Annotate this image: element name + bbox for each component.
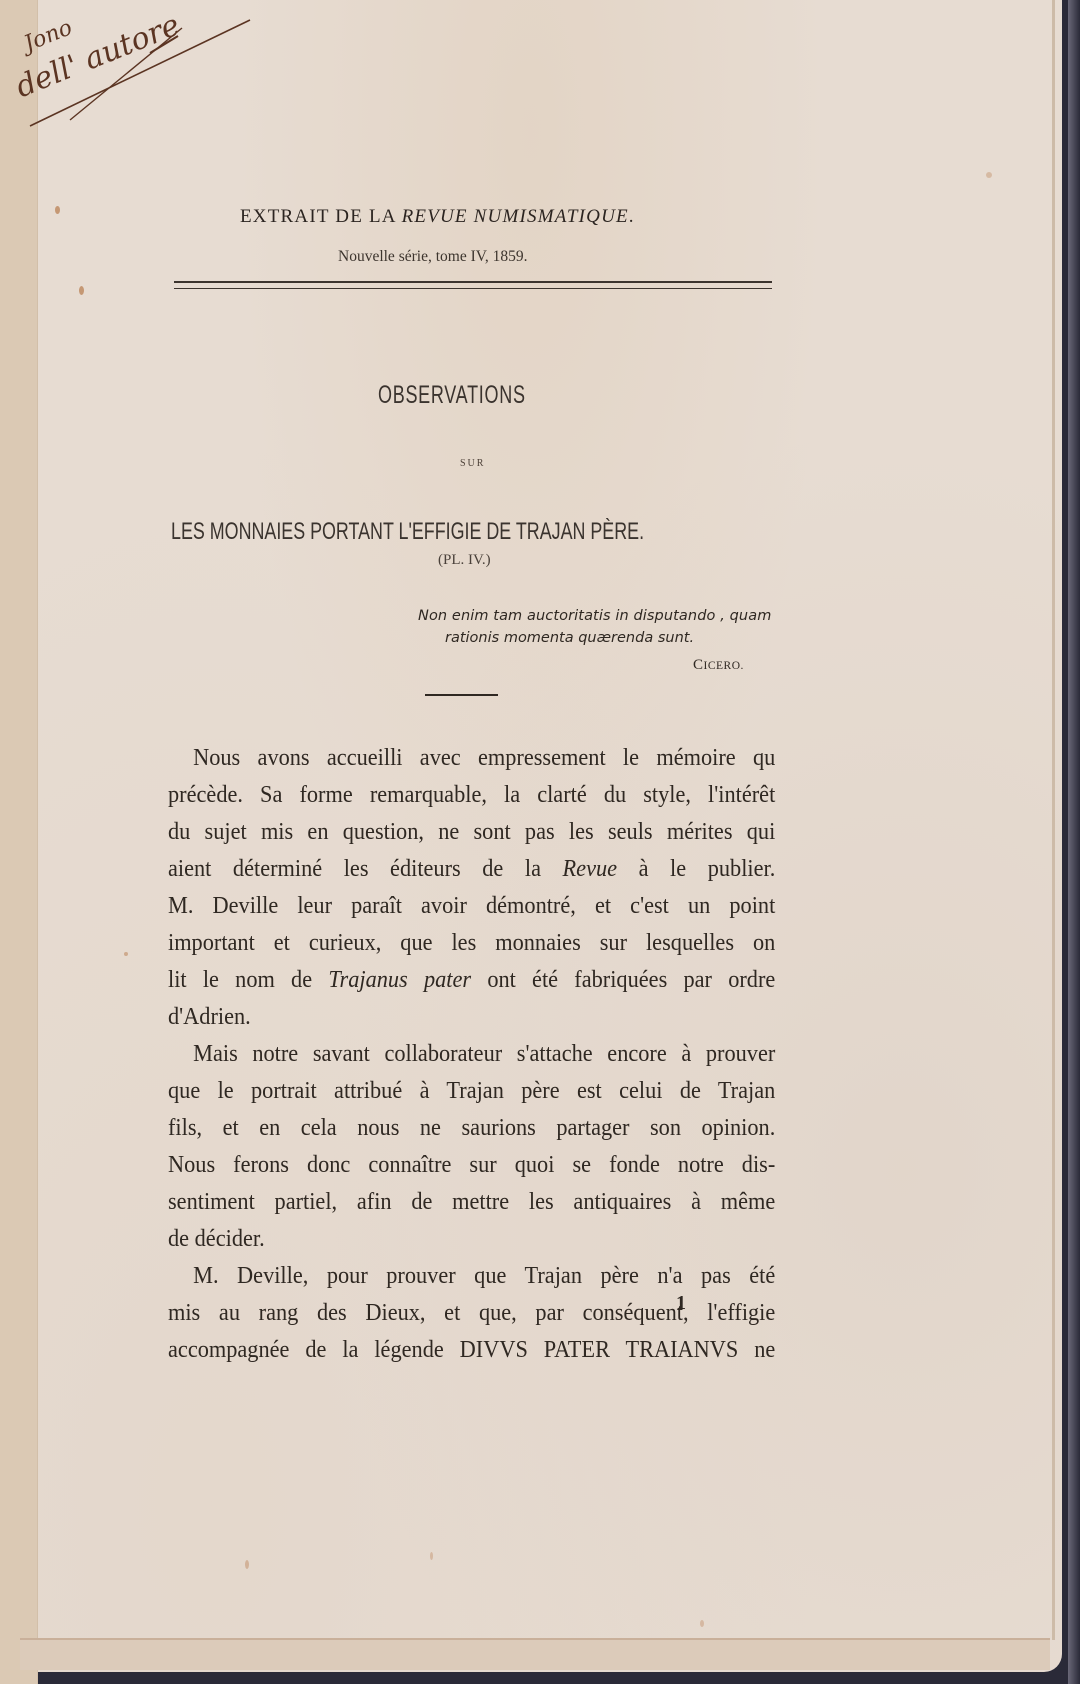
foxing-spot bbox=[430, 1552, 433, 1560]
body-line: M. Deville leur paraît avoir démontré, e… bbox=[168, 888, 775, 925]
handwritten-annotation: Jono dell' autore bbox=[10, 8, 270, 128]
page-edge-strip bbox=[0, 0, 38, 1684]
body-line: lit le nom de Trajanus pater ont été fab… bbox=[168, 962, 775, 999]
body-line: Mais notre savant collaborateur s'attach… bbox=[168, 1036, 775, 1073]
body-line: d'Adrien. bbox=[168, 999, 775, 1036]
plate-reference: (PL. IV.) bbox=[438, 552, 491, 569]
header-double-rule bbox=[174, 281, 772, 289]
author-rest: ICERO. bbox=[704, 660, 744, 672]
section-divider bbox=[425, 694, 498, 696]
body-line: M. Deville, pour prouver que Trajan père… bbox=[168, 1258, 775, 1295]
body-line: aient déterminé les éditeurs de la Revue… bbox=[168, 851, 775, 888]
body-line: que le portrait attribué à Trajan père e… bbox=[168, 1073, 775, 1110]
extract-suffix: . bbox=[629, 206, 635, 227]
page-number: 1 bbox=[676, 1292, 686, 1315]
foxing-spot bbox=[124, 952, 128, 956]
body-line: accompagnée de la légende DIVVS PATER TR… bbox=[168, 1332, 775, 1369]
body-line: précède. Sa forme remarquable, la clarté… bbox=[168, 777, 775, 814]
body-line: du sujet mis en question, ne sont pas le… bbox=[168, 814, 775, 851]
body-line: Nous avons accueilli avec empressement l… bbox=[168, 740, 775, 777]
journal-name: REVUE NUMISMATIQUE bbox=[402, 206, 629, 227]
foxing-spot bbox=[79, 286, 84, 295]
foxing-spot bbox=[245, 1560, 249, 1569]
series-info: Nouvelle série, tome IV, 1859. bbox=[338, 248, 528, 266]
body-line: sentiment partiel, afin de mettre les an… bbox=[168, 1184, 775, 1221]
author-initial: C bbox=[693, 657, 704, 673]
page-bottom-edge bbox=[20, 1638, 1050, 1670]
foxing-spot bbox=[700, 1620, 704, 1627]
body-line: de décider. bbox=[168, 1221, 775, 1258]
foxing-spot bbox=[986, 172, 992, 178]
body-line: Nous ferons donc connaître sur quoi se f… bbox=[168, 1147, 775, 1184]
body-line: fils, et en cela nous ne saurions partag… bbox=[168, 1110, 775, 1147]
extract-prefix: EXTRAIT DE LA bbox=[240, 206, 402, 227]
italic-term: Trajanus pater bbox=[328, 967, 471, 993]
epigraph-author: CICERO. bbox=[693, 657, 744, 674]
title-connector: SUR bbox=[460, 458, 485, 469]
extract-source-line: EXTRAIT DE LA REVUE NUMISMATIQUE. bbox=[240, 206, 635, 228]
scan-background-edge bbox=[1068, 0, 1080, 1684]
title-observations: OBSERVATIONS bbox=[378, 381, 526, 410]
handwritten-strokes-icon bbox=[10, 8, 270, 128]
italic-term: Revue bbox=[563, 856, 618, 882]
body-line: important et curieux, que les monnaies s… bbox=[168, 925, 775, 962]
epigraph-line-1: Non enim tam auctoritatis in disputando … bbox=[418, 608, 771, 624]
title-main: LES MONNAIES PORTANT L'EFFIGIE DE TRAJAN… bbox=[171, 518, 644, 546]
body-text: Nous avons accueilli avec empressement l… bbox=[168, 740, 776, 1369]
foxing-spot bbox=[55, 206, 60, 214]
page-fold-line bbox=[1052, 0, 1055, 1640]
epigraph-line-2: rationis momenta quærenda sunt. bbox=[445, 630, 694, 646]
